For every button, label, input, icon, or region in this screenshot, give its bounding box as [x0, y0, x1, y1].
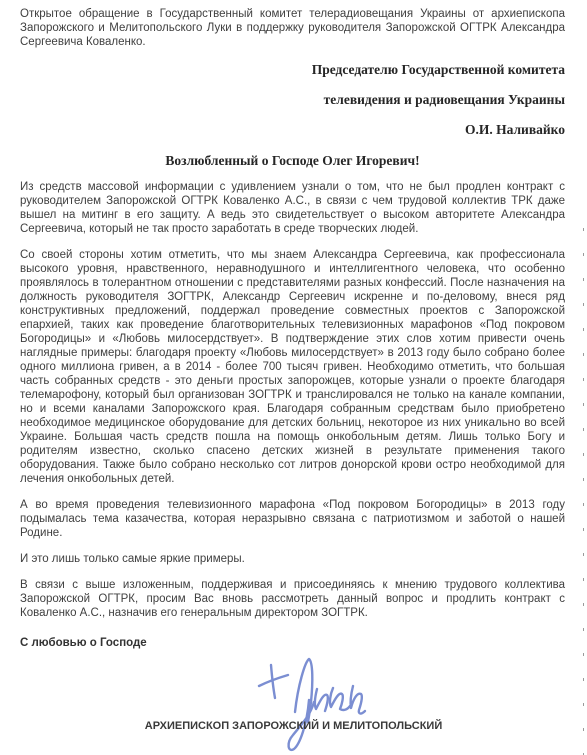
handwritten-signature-luka [252, 652, 387, 755]
signer-title-footer: АРХИЕПИСКОП ЗАПОРОЖСКИЙ И МЕЛИТОПОЛЬСКИЙ [0, 720, 587, 733]
recipient-line-3: О.И. Наливайко [20, 123, 565, 137]
letter-document: Открытое обращение в Государственный ком… [0, 0, 587, 755]
body-paragraph-1: Из средств массовой информации с удивлен… [20, 180, 565, 236]
body-paragraph-3: А во время проведения телевизионного мар… [20, 498, 565, 540]
closing-line: С любовью о Господе [20, 636, 565, 650]
recipient-line-1: Председателю Государственной комитета [20, 63, 565, 77]
body-paragraph-2: Со своей стороны хотим отметить, что мы … [20, 248, 565, 486]
body-paragraph-4: И это лишь только самые яркие примеры. [20, 552, 565, 566]
signature-ink-strokes [252, 652, 387, 755]
salutation-heading: Возлюбленный о Господе Олег Игоревич! [20, 153, 565, 168]
recipient-block: Председателю Государственной комитета те… [20, 63, 565, 137]
recipient-line-2: телевидения и радиовещания Украины [20, 93, 565, 107]
letter-content: Открытое обращение в Государственный ком… [0, 0, 587, 755]
intro-paragraph: Открытое обращение в Государственный ком… [20, 7, 565, 49]
page-edge-tick-marks [583, 228, 584, 755]
body-paragraph-5: В связи с выше изложенным, поддерживая и… [20, 578, 565, 620]
